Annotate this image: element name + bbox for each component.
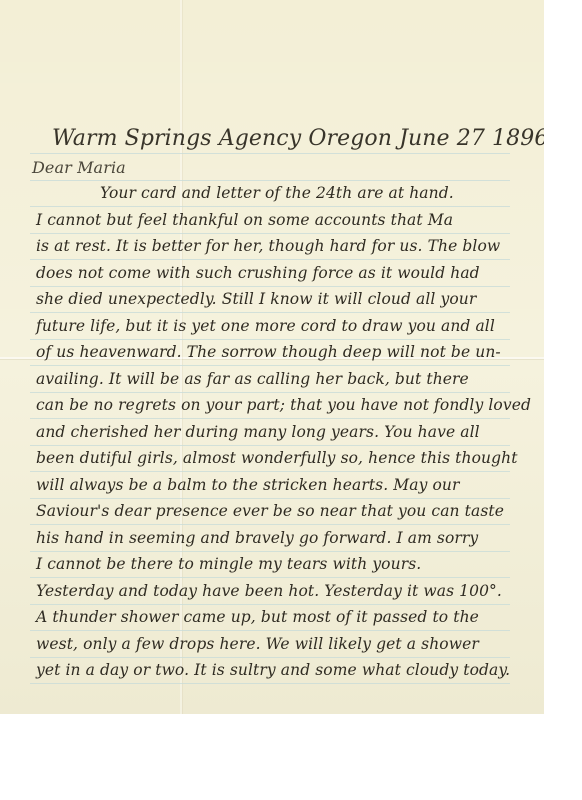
ruled-line — [30, 445, 510, 446]
letter-line: Your card and letter of the 24th are at … — [100, 184, 454, 202]
ruled-line — [30, 365, 510, 366]
letter-line: will always be a balm to the stricken he… — [36, 476, 460, 494]
letter-line: Saviour's dear presence ever be so near … — [36, 502, 504, 520]
ruled-line — [30, 206, 510, 207]
ruled-line — [30, 312, 510, 313]
ruled-line — [30, 683, 510, 684]
ruled-line — [30, 153, 510, 154]
ruled-line — [30, 551, 510, 552]
ruled-line — [30, 259, 510, 260]
letter-line: can be no regrets on your part; that you… — [36, 396, 531, 414]
letter-line: does not come with such crushing force a… — [36, 264, 480, 282]
letter-line: I cannot be there to mingle my tears wit… — [36, 555, 421, 573]
letter-line: is at rest. It is better for her, though… — [36, 237, 500, 255]
ruled-line — [30, 524, 510, 525]
letter-line: yet in a day or two. It is sultry and so… — [36, 661, 510, 679]
letter-heading: Warm Springs Agency Oregon June 27 1896 — [52, 126, 544, 151]
letter-line: Yesterday and today have been hot. Yeste… — [36, 582, 502, 600]
letter-line: west, only a few drops here. We will lik… — [36, 635, 479, 653]
letter-line: she died unexpectedly. Still I know it w… — [36, 290, 476, 308]
ruled-line — [30, 577, 510, 578]
ruled-line — [30, 498, 510, 499]
letter-line: and cherished her during many long years… — [36, 423, 480, 441]
ruled-line — [30, 418, 510, 419]
ruled-line — [30, 286, 510, 287]
letter-line: been dutiful girls, almost wonderfully s… — [36, 449, 518, 467]
letter-line: availing. It will be as far as calling h… — [36, 370, 469, 388]
letter-line: of us heavenward. The sorrow though deep… — [36, 343, 501, 361]
letter-salutation: Dear Maria — [32, 158, 126, 177]
letter-line: I cannot but feel thankful on some accou… — [36, 211, 453, 229]
ruled-line — [30, 630, 510, 631]
ruled-line — [30, 233, 510, 234]
ruled-line — [30, 471, 510, 472]
letter-line: his hand in seeming and bravely go forwa… — [36, 529, 478, 547]
letter-line: future life, but it is yet one more cord… — [36, 317, 495, 335]
ruled-line — [30, 180, 510, 181]
letter-page: Warm Springs Agency Oregon June 27 1896 … — [0, 0, 544, 714]
ruled-line — [30, 604, 510, 605]
ruled-line — [30, 392, 510, 393]
ruled-line — [30, 657, 510, 658]
ruled-line — [30, 339, 510, 340]
letter-line: A thunder shower came up, but most of it… — [36, 608, 479, 626]
